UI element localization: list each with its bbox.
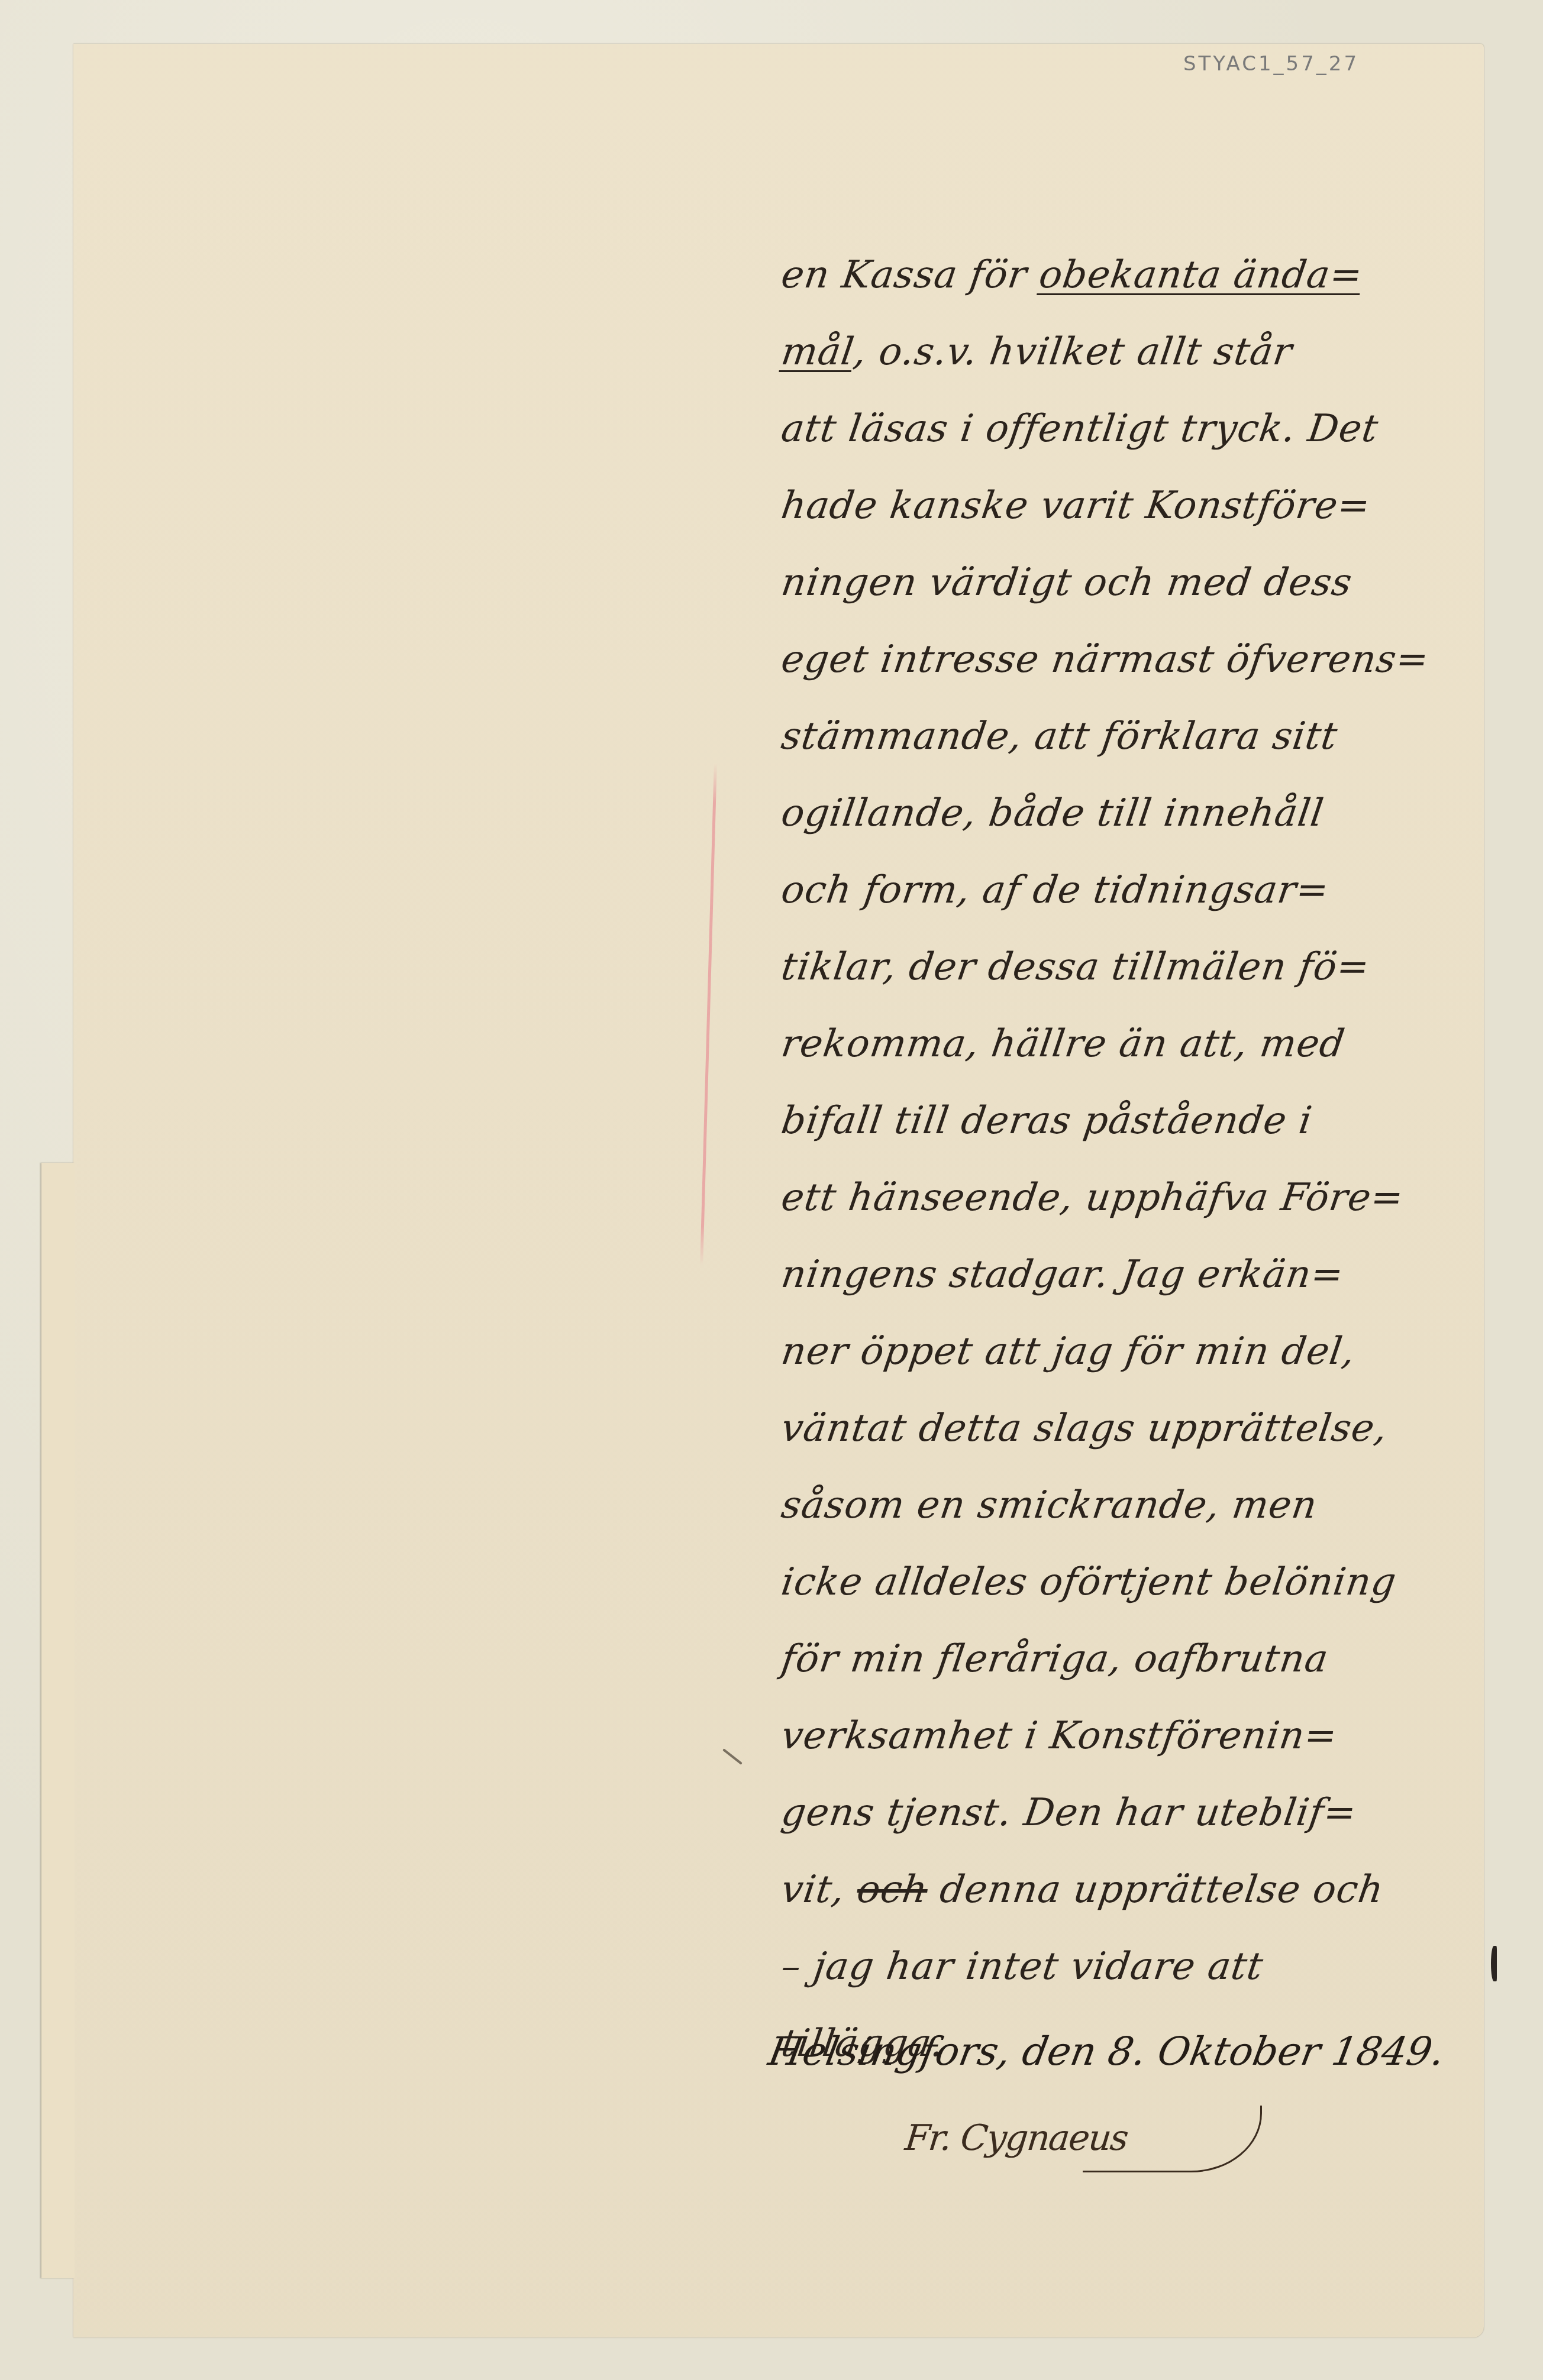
manuscript-line: såsom en smickrande, men [776, 1467, 1503, 1544]
archive-reference-pencil-note: STYAC1_57_27 [1183, 52, 1359, 76]
manuscript-line: ogillande, både till innehåll [776, 775, 1503, 852]
manuscript-line: väntat detta slags upprättelse, [776, 1390, 1503, 1467]
manuscript-line: för min fleråriga, oafbrutna [776, 1621, 1503, 1697]
line-text: ner öppet att jag för min del, [779, 1330, 1358, 1373]
manuscript-line: ner öppet att jag för min del, [776, 1313, 1503, 1390]
struck-out-word: och [854, 1868, 931, 1912]
manuscript-line: ningens stadgar. Jag erkän= [776, 1236, 1503, 1313]
line-text: stämmande, att förklara sitt [779, 714, 1340, 758]
manuscript-line: mål, o.s.v. hvilket allt står [776, 313, 1503, 390]
manuscript-line: verksamhet i Konstförenin= [776, 1697, 1503, 1774]
manuscript-line: icke alldeles oförtjent belöning [776, 1544, 1503, 1621]
manuscript-line: – jag har intet vidare att [776, 1928, 1503, 2005]
manuscript-line: en Kassa för obekanta ända= [776, 237, 1503, 313]
line-text: att läsas i offentligt tryck. Det [779, 407, 1381, 451]
manuscript-line: och form, af de tidningsar= [776, 852, 1503, 929]
line-text: vit, [779, 1868, 860, 1912]
torn-sheet-edge [41, 1163, 75, 2278]
underlined-text: obekanta ända= [1037, 253, 1366, 297]
line-text: en Kassa för [779, 253, 1042, 297]
line-text: ett hänseende, upphäfva Före= [779, 1176, 1406, 1220]
line-text: denna upprättelse och [925, 1868, 1387, 1912]
line-text: tiklar, der dessa tillmälen fö= [779, 945, 1373, 989]
manuscript-body-text: en Kassa för obekanta ända=mål, o.s.v. h… [776, 237, 1492, 2082]
manuscript-line: stämmande, att förklara sitt [776, 698, 1503, 775]
manuscript-line: ningen värdigt och med dess [776, 544, 1503, 621]
place-and-date-line: Helsingfors, den 8. Oktober 1849. [765, 2029, 1448, 2074]
line-text: hade kanske varit Konstföre= [779, 484, 1373, 528]
line-text: bifall till deras påstående i [779, 1099, 1315, 1143]
line-text: såsom en smickrande, men [779, 1483, 1320, 1527]
line-text: ningens stadgar. Jag erkän= [779, 1253, 1347, 1296]
line-text: ningen värdigt och med dess [779, 561, 1355, 604]
line-text: gens tjenst. Den har uteblif= [779, 1791, 1360, 1835]
line-text: rekomma, hällre än att, med [779, 1022, 1348, 1066]
line-text: för min fleråriga, oafbrutna [779, 1637, 1331, 1681]
line-text: , o.s.v. hvilket allt står [851, 330, 1295, 374]
manuscript-line: bifall till deras påstående i [776, 1082, 1503, 1159]
manuscript-line: vit, och denna upprättelse och [776, 1851, 1503, 1928]
manuscript-line: hade kanske varit Konstföre= [776, 467, 1503, 544]
manuscript-line: tiklar, der dessa tillmälen fö= [776, 929, 1503, 1005]
underlined-text: mål [779, 330, 857, 374]
line-text: icke alldeles oförtjent belöning [779, 1560, 1399, 1604]
line-text: verksamhet i Konstförenin= [779, 1714, 1340, 1758]
line-text: väntat detta slags upprättelse, [779, 1406, 1390, 1450]
line-text: eget intresse närmast öfverens= [779, 638, 1432, 681]
line-text: – jag har intet vidare att [779, 1945, 1266, 1988]
line-text: och form, af de tidningsar= [779, 868, 1332, 912]
manuscript-line: rekomma, hällre än att, med [776, 1005, 1503, 1082]
manuscript-line: gens tjenst. Den har uteblif= [776, 1774, 1503, 1851]
manuscript-line: att läsas i offentligt tryck. Det [776, 390, 1503, 467]
line-text: ogillande, både till innehåll [779, 791, 1326, 835]
manuscript-line: ett hänseende, upphäfva Före= [776, 1159, 1503, 1236]
manuscript-line: eget intresse närmast öfverens= [776, 621, 1503, 698]
